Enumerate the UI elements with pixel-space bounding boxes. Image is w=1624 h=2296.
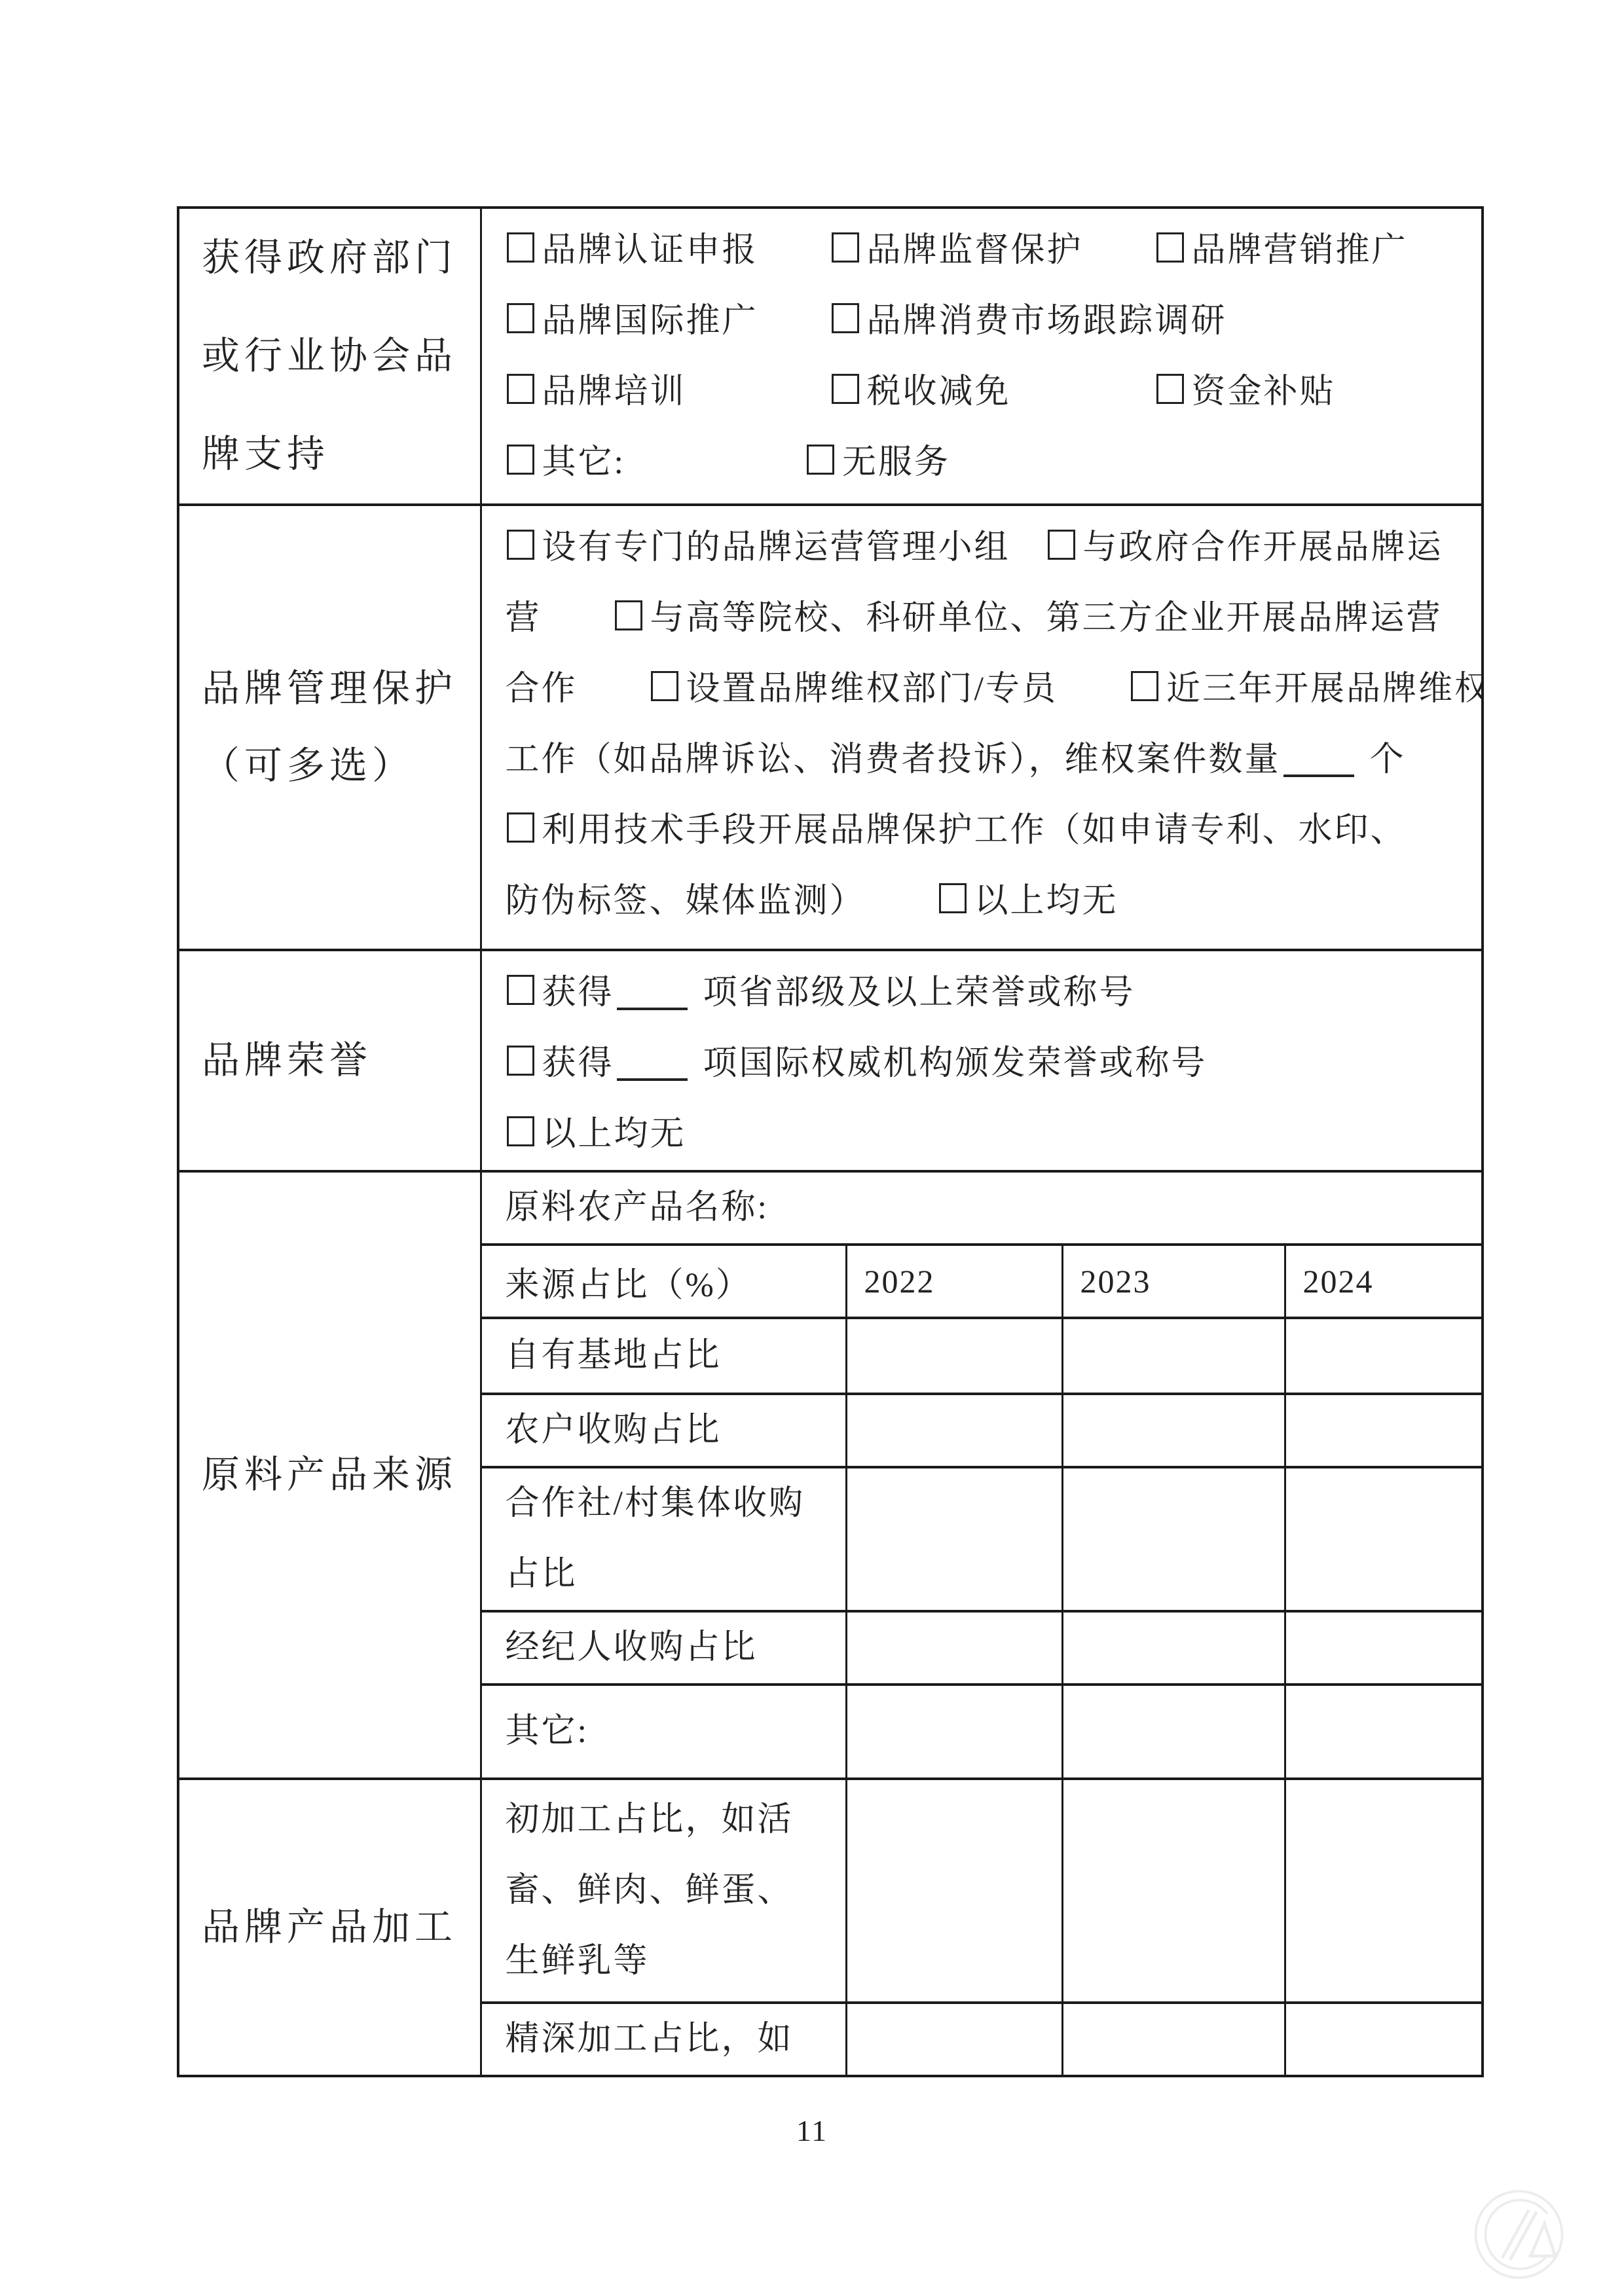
label-text: 合作 xyxy=(506,670,578,708)
label-text: 其它: xyxy=(506,1713,589,1750)
label-text: 资金补贴 xyxy=(1192,373,1336,410)
label-text: 营 xyxy=(506,600,542,637)
label-text: 自有基地占比 xyxy=(506,1337,722,1374)
label-text: 利用技术手段开展品牌保护工作（如申请专利、水印、 xyxy=(542,812,1407,849)
row-header-line: 或行业协会品 xyxy=(202,307,475,405)
value-cell[interactable] xyxy=(846,1467,1062,1611)
label-text: 与高等院校、科研单位、第三方企业开展品牌运营 xyxy=(650,600,1443,637)
spacer xyxy=(625,472,805,473)
spacer xyxy=(686,401,830,403)
form-line: 合作社/村集体收购占比 xyxy=(506,1468,813,1610)
section-content: 获得 项省部级及以上荣誉或称号获得 项国际权威机构颁发荣誉或称号以上均无 xyxy=(481,950,1483,1171)
value-cell[interactable] xyxy=(846,1318,1062,1394)
checkbox-icon[interactable] xyxy=(832,374,859,404)
label-text: 项省部级及以上荣誉或称号 xyxy=(693,974,1135,1011)
value-cell[interactable] xyxy=(846,1394,1062,1467)
form-line: 利用技术手段开展品牌保护工作（如申请专利、水印、 xyxy=(506,795,1474,866)
row-header-brand-processing: 品牌产品加工 xyxy=(178,1779,481,2076)
label-text: 无服务 xyxy=(842,444,950,481)
row-label: 其它: xyxy=(481,1685,846,1779)
blank-field[interactable] xyxy=(1283,773,1354,777)
checkbox-icon[interactable] xyxy=(832,232,859,263)
spacer xyxy=(578,699,650,700)
form-line: 经纪人收购占比 xyxy=(506,1613,813,1683)
row-header-gov-support: 获得政府部门或行业协会品牌支持 xyxy=(178,208,481,505)
label-text: 获得 xyxy=(542,1045,614,1082)
checkbox-icon[interactable] xyxy=(507,232,534,263)
checkbox-icon[interactable] xyxy=(807,445,834,475)
form-line: 原料农产品名称: xyxy=(506,1173,1474,1243)
value-cell[interactable] xyxy=(846,1779,1062,2003)
value-cell[interactable] xyxy=(1062,2003,1285,2076)
row-header-line: 品牌荣誉 xyxy=(202,1022,475,1099)
value-cell[interactable] xyxy=(846,1685,1062,1779)
form-row-brand-honor: 品牌荣誉获得 项省部级及以上荣誉或称号获得 项国际权威机构颁发荣誉或称号以上均无 xyxy=(178,950,1483,1171)
year-header: 2024 xyxy=(1285,1245,1483,1318)
spacer xyxy=(1010,557,1046,558)
form-line: 品牌国际推广品牌消费市场跟踪调研 xyxy=(506,286,1474,357)
row-header-line: 牌支持 xyxy=(202,405,475,503)
value-cell[interactable] xyxy=(1285,1394,1483,1467)
checkbox-icon[interactable] xyxy=(507,445,534,475)
row-label: 自有基地占比 xyxy=(481,1318,846,1394)
subtable-title[interactable]: 原料农产品名称: xyxy=(481,1171,1483,1245)
label-text: 税收减免 xyxy=(867,373,1011,410)
section-content: 品牌认证申报品牌监督保护品牌营销推广品牌国际推广品牌消费市场跟踪调研品牌培训税收… xyxy=(481,208,1483,505)
label-text: 品牌培训 xyxy=(542,373,686,410)
checkbox-icon[interactable] xyxy=(1156,374,1184,404)
year-header: 2022 xyxy=(846,1245,1062,1318)
page-number: 11 xyxy=(0,2113,1624,2148)
value-cell[interactable] xyxy=(846,2003,1062,2076)
form-row-gov-support: 获得政府部门或行业协会品牌支持品牌认证申报品牌监督保护品牌营销推广品牌国际推广品… xyxy=(178,208,1483,505)
scanned-form-page: 获得政府部门或行业协会品牌支持品牌认证申报品牌监督保护品牌营销推广品牌国际推广品… xyxy=(0,0,1624,2296)
label-text: 项国际权威机构颁发荣誉或称号 xyxy=(693,1045,1208,1082)
value-cell[interactable] xyxy=(1285,1318,1483,1394)
spacer xyxy=(866,911,938,912)
row-header-line: 品牌管理保护 xyxy=(202,650,475,727)
subtable-corner-header: 来源占比（%） xyxy=(481,1245,846,1318)
value-cell[interactable] xyxy=(1062,1779,1285,2003)
spacer xyxy=(1011,401,1155,403)
checkbox-icon[interactable] xyxy=(651,671,678,701)
blank-field[interactable] xyxy=(617,1006,688,1010)
form-line: 农户收购占比 xyxy=(506,1395,813,1466)
value-cell[interactable] xyxy=(1285,1779,1483,2003)
checkbox-icon[interactable] xyxy=(615,600,642,630)
form-line: 合作设置品牌维权部门/专员近三年开展品牌维权 xyxy=(506,654,1474,725)
spacer xyxy=(542,628,614,629)
label-text: 以上均无 xyxy=(542,1116,686,1153)
label-text: 以上均无 xyxy=(974,883,1118,920)
label-text: 合作社/村集体收购占比 xyxy=(506,1485,805,1593)
form-line: 其它: xyxy=(506,1696,813,1767)
label-text: 农户收购占比 xyxy=(506,1412,722,1449)
checkbox-icon[interactable] xyxy=(507,812,534,843)
row-header-line: （可多选） xyxy=(202,727,475,805)
row-header-raw-material-source: 原料产品来源 xyxy=(178,1171,481,1779)
form-line: 获得 项国际权威机构颁发荣誉或称号 xyxy=(506,1029,1474,1099)
form-line: 营与高等院校、科研单位、第三方企业开展品牌运营 xyxy=(506,583,1474,654)
value-cell[interactable] xyxy=(1285,1611,1483,1685)
row-label: 农户收购占比 xyxy=(481,1394,846,1467)
row-header-line: 获得政府部门 xyxy=(202,209,475,307)
spacer xyxy=(758,331,830,332)
label-text: 其它: xyxy=(542,444,625,481)
form-line: 品牌培训税收减免资金补贴 xyxy=(506,357,1474,428)
label-text: 精深加工占比，如 xyxy=(506,2020,794,2058)
row-label: 精深加工占比，如 xyxy=(481,2003,846,2076)
value-cell[interactable] xyxy=(1062,1394,1285,1467)
label-text: 品牌认证申报 xyxy=(542,232,758,269)
spacer xyxy=(758,260,830,261)
label-text: 品牌营销推广 xyxy=(1192,232,1408,269)
row-header-brand-management: 品牌管理保护（可多选） xyxy=(178,505,481,950)
checkbox-icon[interactable] xyxy=(1156,232,1184,263)
form-line: 防伪标签、媒体监测）以上均无 xyxy=(506,866,1474,937)
row-label: 初加工占比，如活畜、鲜肉、鲜蛋、生鲜乳等 xyxy=(481,1779,846,2003)
label-text: 品牌国际推广 xyxy=(542,302,758,340)
form-row-brand-processing: 品牌产品加工初加工占比，如活畜、鲜肉、鲜蛋、生鲜乳等 xyxy=(178,1779,1483,2003)
checkbox-icon[interactable] xyxy=(507,530,534,560)
row-header-line: 品牌产品加工 xyxy=(202,1889,475,1966)
form-row-raw-material-source: 原料产品来源原料农产品名称: xyxy=(178,1171,1483,1245)
row-header-line: 原料产品来源 xyxy=(202,1436,475,1514)
value-cell[interactable] xyxy=(1062,1611,1285,1685)
value-cell[interactable] xyxy=(1062,1467,1285,1611)
value-cell[interactable] xyxy=(846,1611,1062,1685)
value-cell[interactable] xyxy=(1285,1467,1483,1611)
label-text: 原料农产品名称: xyxy=(506,1189,769,1226)
checkbox-icon[interactable] xyxy=(507,975,534,1005)
value-cell[interactable] xyxy=(1062,1685,1285,1779)
checkbox-icon[interactable] xyxy=(832,303,859,333)
form-line: 其它:无服务 xyxy=(506,428,1474,498)
row-label: 合作社/村集体收购占比 xyxy=(481,1467,846,1611)
form-line: 以上均无 xyxy=(506,1099,1474,1170)
checkbox-icon[interactable] xyxy=(939,883,967,913)
spacer xyxy=(1058,699,1130,700)
form-table: 获得政府部门或行业协会品牌支持品牌认证申报品牌监督保护品牌营销推广品牌国际推广品… xyxy=(177,206,1484,2077)
label-text: 工作（如品牌诉讼、消费者投诉），维权案件数量 xyxy=(506,741,1281,778)
checkbox-icon[interactable] xyxy=(507,1046,534,1076)
label-text: 品牌消费市场跟踪调研 xyxy=(867,302,1227,340)
row-label: 经纪人收购占比 xyxy=(481,1611,846,1685)
label-text: 获得 xyxy=(542,974,614,1011)
label-text: 设置品牌维权部门/专员 xyxy=(686,670,1058,708)
checkbox-icon[interactable] xyxy=(507,374,534,404)
form-row-brand-management: 品牌管理保护（可多选）设有专门的品牌运营管理小组与政府合作开展品牌运营与高等院校… xyxy=(178,505,1483,950)
checkbox-icon[interactable] xyxy=(507,1116,534,1146)
spacer xyxy=(1083,260,1155,261)
label-text: 设有专门的品牌运营管理小组 xyxy=(542,529,1010,566)
checkbox-icon[interactable] xyxy=(1048,530,1075,560)
label-text: 初加工占比，如活畜、鲜肉、鲜蛋、生鲜乳等 xyxy=(506,1801,794,1980)
value-cell[interactable] xyxy=(1062,1318,1285,1394)
form-line: 精深加工占比，如 xyxy=(506,2004,813,2075)
form-line: 自有基地占比 xyxy=(506,1321,813,1391)
label-text: 与政府合作开展品牌运 xyxy=(1083,529,1443,566)
checkbox-icon[interactable] xyxy=(1131,671,1158,701)
blank-field[interactable] xyxy=(617,1077,688,1081)
row-header-brand-honor: 品牌荣誉 xyxy=(178,950,481,1171)
label-text: 个 xyxy=(1359,741,1406,778)
form-line: 工作（如品牌诉讼、消费者投诉），维权案件数量 个 xyxy=(506,725,1474,795)
form-line: 品牌认证申报品牌监督保护品牌营销推广 xyxy=(506,215,1474,286)
label-text: 近三年开展品牌维权 xyxy=(1166,670,1483,708)
form-line: 初加工占比，如活畜、鲜肉、鲜蛋、生鲜乳等 xyxy=(506,1785,813,1997)
form-line: 获得 项省部级及以上荣誉或称号 xyxy=(506,958,1474,1029)
value-cell[interactable] xyxy=(1285,2003,1483,2076)
section-content: 设有专门的品牌运营管理小组与政府合作开展品牌运营与高等院校、科研单位、第三方企业… xyxy=(481,505,1483,950)
label-text: 品牌监督保护 xyxy=(867,232,1083,269)
checkbox-icon[interactable] xyxy=(507,303,534,333)
form-line: 设有专门的品牌运营管理小组与政府合作开展品牌运 xyxy=(506,513,1474,583)
label-text: 经纪人收购占比 xyxy=(506,1629,758,1666)
year-header: 2023 xyxy=(1062,1245,1285,1318)
label-text: 防伪标签、媒体监测） xyxy=(506,883,866,920)
watermark-logo xyxy=(1472,2185,1572,2284)
value-cell[interactable] xyxy=(1285,1685,1483,1779)
